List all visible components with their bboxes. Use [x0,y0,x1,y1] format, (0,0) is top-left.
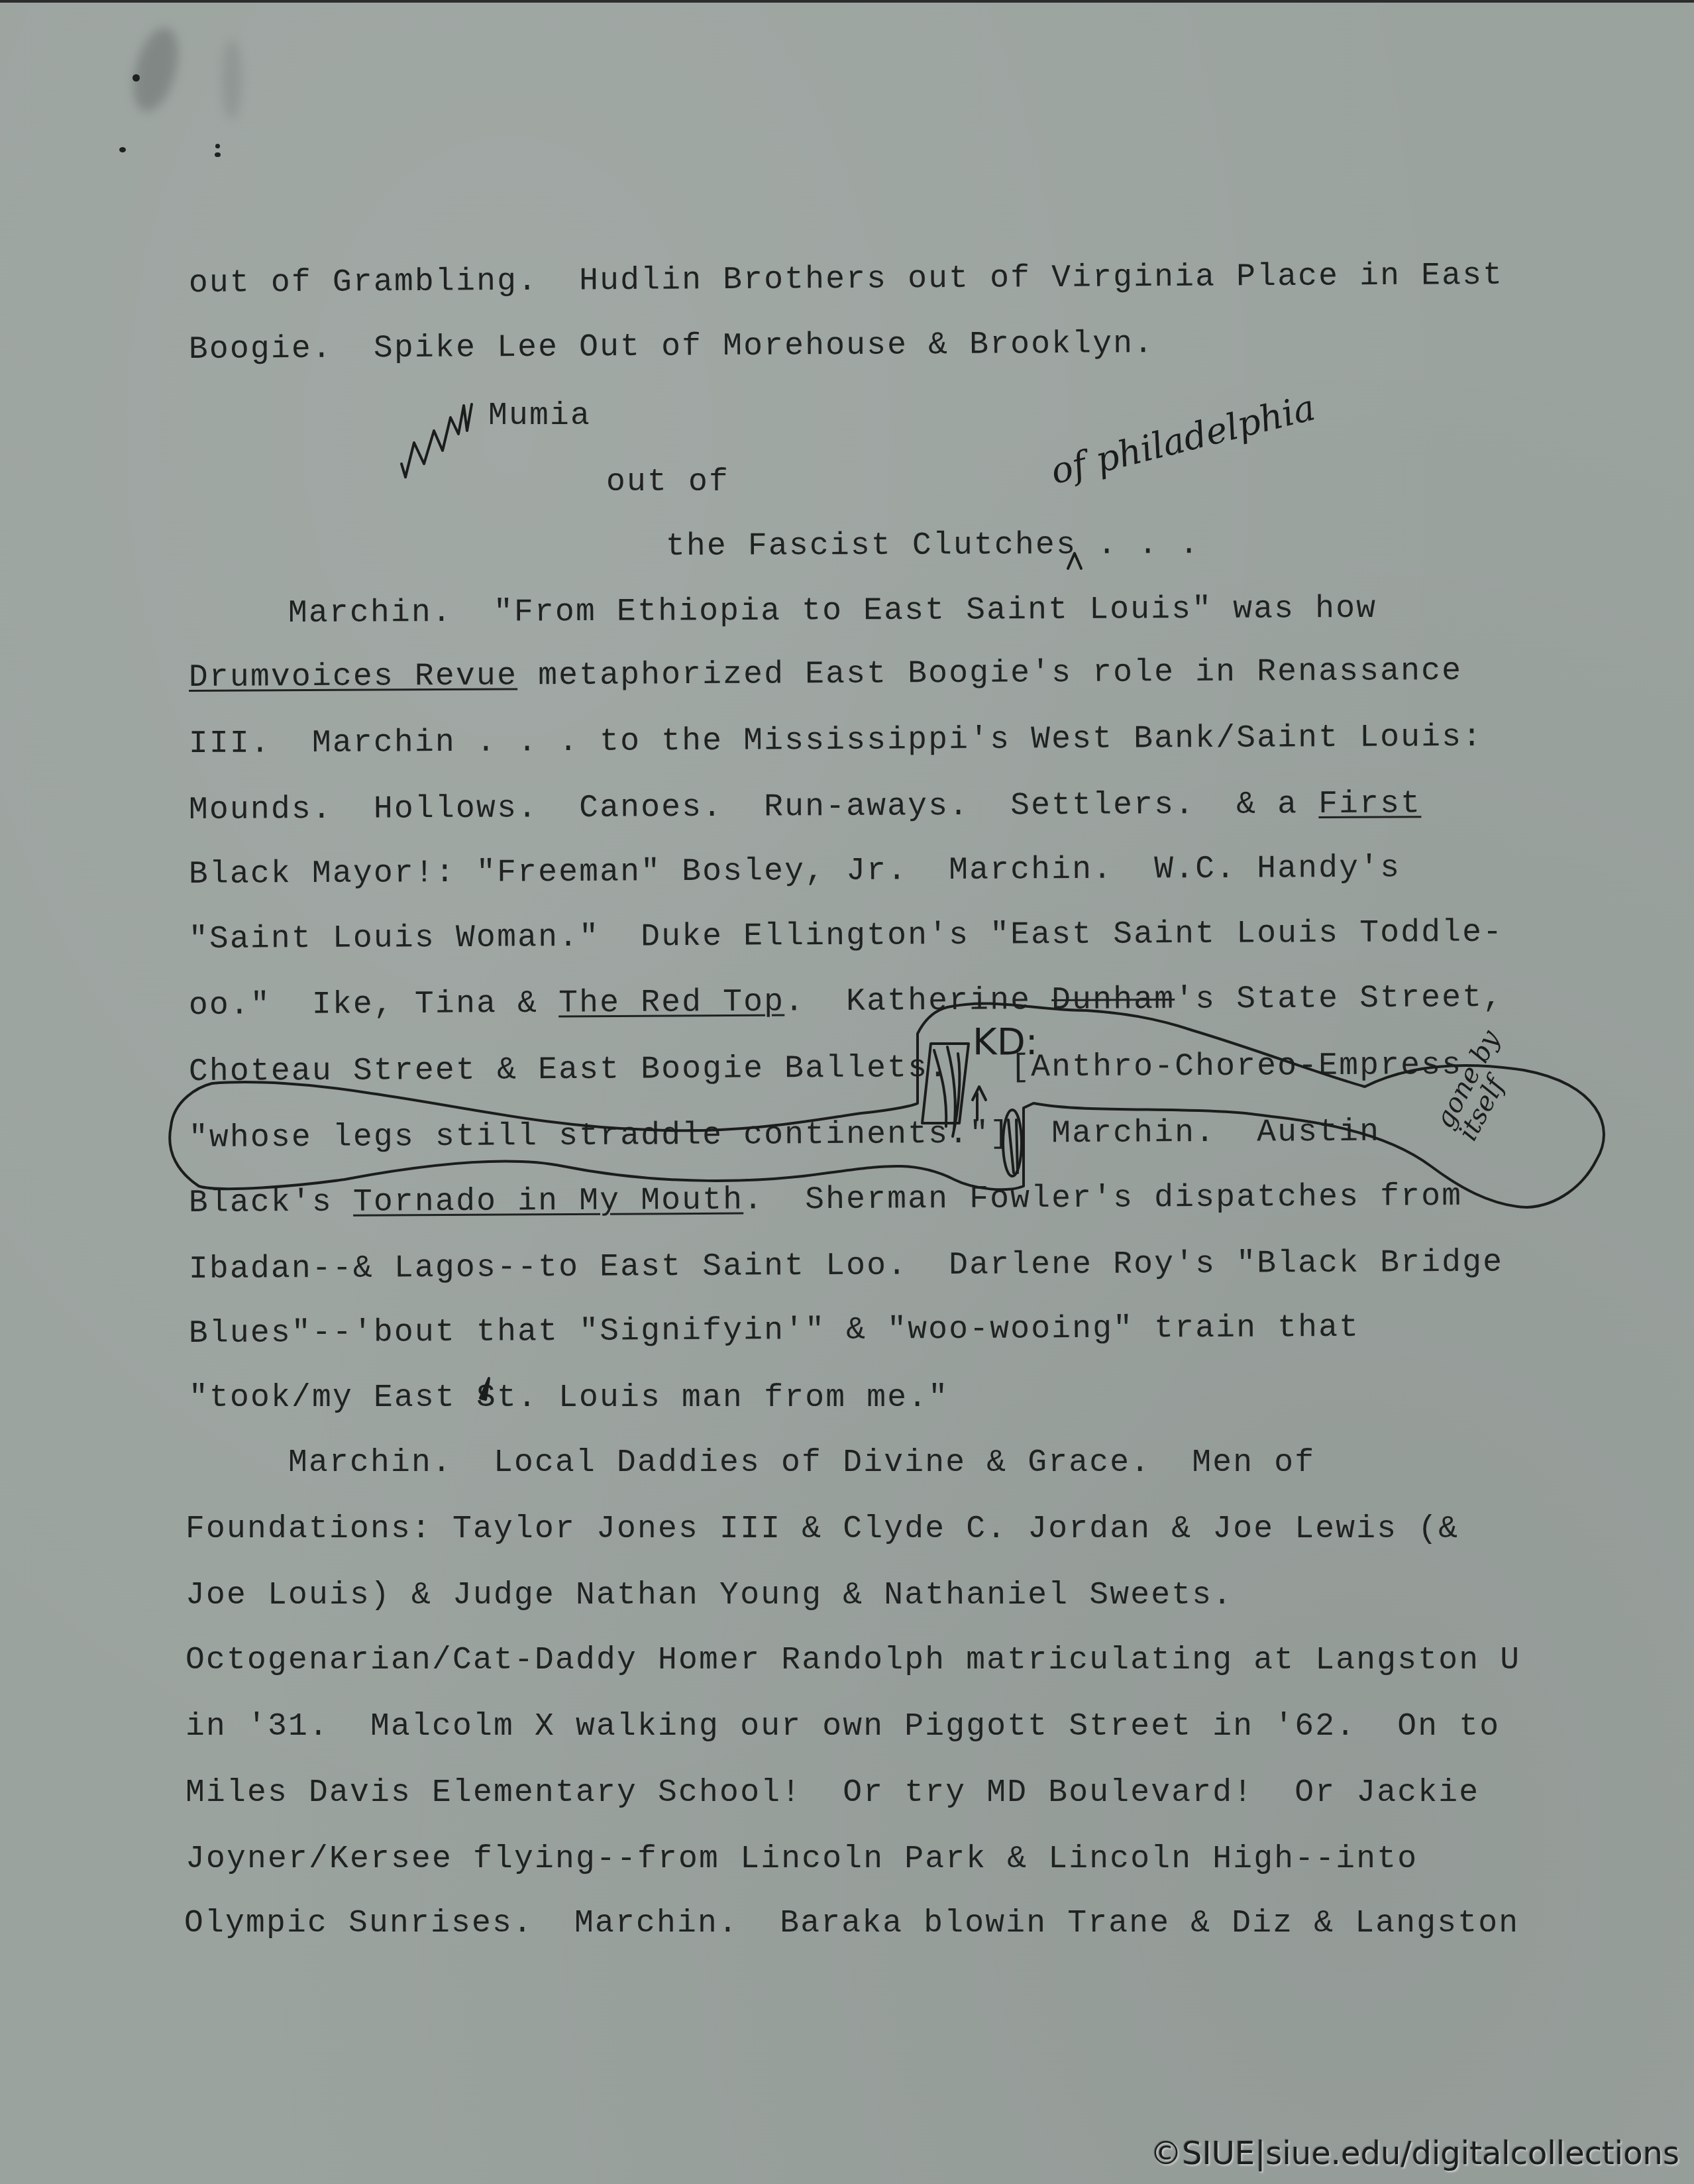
speck [132,74,140,82]
typed-line: "whose legs still straddle continents."]… [189,1114,1381,1157]
text-segment: Mumia [488,398,591,434]
underlined-title: The Red Top [558,985,784,1022]
typed-line: Mumia [488,398,591,435]
text-segment: Choteau Street & East Boogie Ballets. [A… [189,1048,1463,1090]
text-segment: the Fascist Clutches . . . [666,527,1200,565]
text-segment: in '31. Malcolm X walking our own Piggot… [185,1709,1500,1745]
typed-line: Octogenarian/Cat-Daddy Homer Randolph ma… [185,1642,1520,1679]
text-segment: . Katherine [784,983,1051,1020]
underlined-title: Drumvoices Revue [189,658,517,696]
text-segment: Ibadan--& Lagos--to East Saint Loo. Darl… [189,1245,1504,1287]
text-segment: . Sherman Fowler's dispatches from [743,1179,1462,1219]
handwritten-insert-of-philadelphia: of philadelphia [1047,386,1319,492]
text-segment: out of [606,464,729,500]
speck [215,152,221,157]
typed-line: out of Grambling. Hudlin Brothers out of… [189,257,1504,302]
text-segment: metaphorized East Boogie's role in Renas… [517,653,1462,694]
typed-line: Miles Davis Elementary School! Or try MD… [185,1774,1479,1812]
text-segment: III. Marchin . . . to the Mississippi's … [189,720,1483,762]
text-segment: Marchin. Local Daddies of Divine & Grace… [288,1445,1315,1481]
text-segment: 's State Street, [1175,980,1503,1018]
typed-line: III. Marchin . . . to the Mississippi's … [189,719,1483,763]
typed-line: Ibadan--& Lagos--to East Saint Loo. Darl… [189,1244,1504,1288]
typed-line: Boogie. Spike Lee Out of Morehouse & Bro… [189,325,1155,368]
typed-line: Choteau Street & East Boogie Ballets. [A… [189,1047,1463,1091]
speck [215,144,220,148]
text-segment: Boogie. Spike Lee Out of Morehouse & Bro… [189,326,1155,368]
typed-line: Drumvoices Revue metaphorized East Boogi… [189,653,1463,696]
typed-line: Marchin. "From Ethiopia to East Saint Lo… [288,590,1377,632]
typed-line: Black Mayor!: "Freeman" Bosley, Jr. Marc… [189,849,1401,893]
text-segment: Olympic Sunrises. Marchin. Baraka blowin… [184,1906,1519,1941]
text-segment: oo." Ike, Tina & [189,986,558,1024]
handwritten-kd-label: KD: [973,1020,1038,1064]
typed-line: Blues"--'bout that "Signifyin'" & "woo-w… [189,1309,1360,1352]
speck [119,147,126,152]
text-segment: Mounds. Hollows. Canoes. Run-aways. Sett… [189,787,1319,828]
text-segment: Blues"--'bout that "Signifyin'" & "woo-w… [189,1310,1360,1352]
typed-line: oo." Ike, Tina & The Red Top. Katherine … [189,979,1504,1024]
text-segment: Joe Louis) & Judge Nathan Young & Nathan… [185,1578,1233,1613]
text-segment: out of Grambling. Hudlin Brothers out of… [189,258,1504,301]
typed-line: "took/my East St. Louis man from me." [189,1380,949,1417]
underlined-title: Tornado in My Mouth [353,1183,743,1221]
typed-line: out of [606,464,729,501]
typed-line: in '31. Malcolm X walking our own Piggot… [185,1708,1500,1745]
text-segment: "took/my East St. Louis man from me." [189,1380,949,1416]
scanned-page: out of Grambling. Hudlin Brothers out of… [0,0,1694,2184]
scan-edge [0,0,1694,3]
text-segment: "whose legs still straddle continents."]… [189,1115,1381,1156]
typed-line: "Saint Louis Woman." Duke Ellington's "E… [189,914,1504,958]
text-segment: Joyner/Kersee flying--from Lincoln Park … [185,1841,1418,1877]
text-segment: "Saint Louis Woman." Duke Ellington's "E… [189,915,1504,957]
smudge-mark [222,40,242,119]
typed-line: Mounds. Hollows. Canoes. Run-aways. Sett… [189,785,1422,829]
text-segment: Black Mayor!: "Freeman" Bosley, Jr. Marc… [189,850,1401,893]
typed-line: Olympic Sunrises. Marchin. Baraka blowin… [184,1905,1519,1942]
circled-passage-loop [170,1003,1604,1207]
typed-line: Joe Louis) & Judge Nathan Young & Nathan… [185,1577,1233,1614]
text-segment: Octogenarian/Cat-Daddy Homer Randolph ma… [185,1643,1520,1678]
margin-scribble [405,404,472,477]
underlined-title: First [1318,786,1421,822]
typed-line: Marchin. Local Daddies of Divine & Grace… [288,1445,1315,1482]
text-segment: Miles Davis Elementary School! Or try MD… [185,1775,1479,1811]
smudge-mark [125,23,186,116]
text-segment: Black's [189,1185,353,1221]
struck-text: Dunham [1051,982,1175,1018]
siue-watermark: ©SIUE|siue.edu/digitalcollections [1150,2135,1679,2172]
typed-line: Joyner/Kersee flying--from Lincoln Park … [185,1841,1418,1878]
typed-line: Foundations: Taylor Jones III & Clyde C.… [185,1511,1459,1548]
typed-line: the Fascist Clutches . . . [666,526,1200,565]
typed-line: Black's Tornado in My Mouth. Sherman Fow… [189,1178,1463,1222]
text-segment: Foundations: Taylor Jones III & Clyde C.… [185,1511,1459,1547]
text-segment: Marchin. "From Ethiopia to East Saint Lo… [288,591,1377,631]
